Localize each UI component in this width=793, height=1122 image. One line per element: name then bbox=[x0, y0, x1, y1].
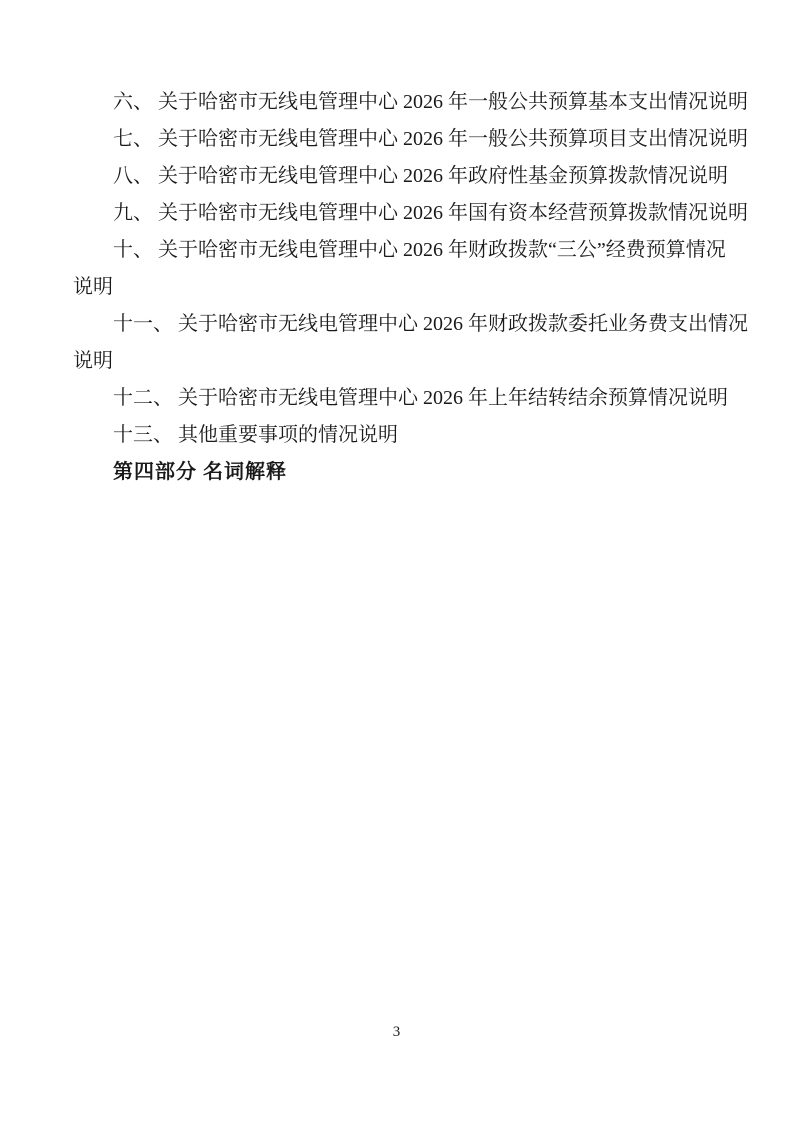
toc-entry-6: 六、 关于哈密市无线电管理中心 2026 年一般公共预算基本支出情况说明 bbox=[73, 84, 718, 121]
toc-entry-13: 十三、 其他重要事项的情况说明 bbox=[73, 417, 718, 454]
toc-entry-8: 八、 关于哈密市无线电管理中心 2026 年政府性基金预算拨款情况说明 bbox=[73, 158, 718, 195]
toc-entry-11-continuation: 说明 bbox=[73, 343, 718, 380]
table-of-contents-section: 六、 关于哈密市无线电管理中心 2026 年一般公共预算基本支出情况说明 七、 … bbox=[73, 84, 718, 491]
toc-entry-9: 九、 关于哈密市无线电管理中心 2026 年国有资本经营预算拨款情况说明 bbox=[73, 195, 718, 232]
toc-entry-11: 十一、 关于哈密市无线电管理中心 2026 年财政拨款委托业务费支出情况 bbox=[73, 306, 718, 343]
toc-entry-7: 七、 关于哈密市无线电管理中心 2026 年一般公共预算项目支出情况说明 bbox=[73, 121, 718, 158]
toc-entry-10: 十、 关于哈密市无线电管理中心 2026 年财政拨款“三公”经费预算情况 bbox=[73, 232, 718, 269]
toc-entry-12: 十二、 关于哈密市无线电管理中心 2026 年上年结转结余预算情况说明 bbox=[73, 380, 718, 417]
toc-entry-10-continuation: 说明 bbox=[73, 269, 718, 306]
document-page: 六、 关于哈密市无线电管理中心 2026 年一般公共预算基本支出情况说明 七、 … bbox=[0, 0, 793, 1122]
section-heading-part4: 第四部分 名词解释 bbox=[73, 454, 718, 491]
page-number: 3 bbox=[0, 1023, 793, 1041]
